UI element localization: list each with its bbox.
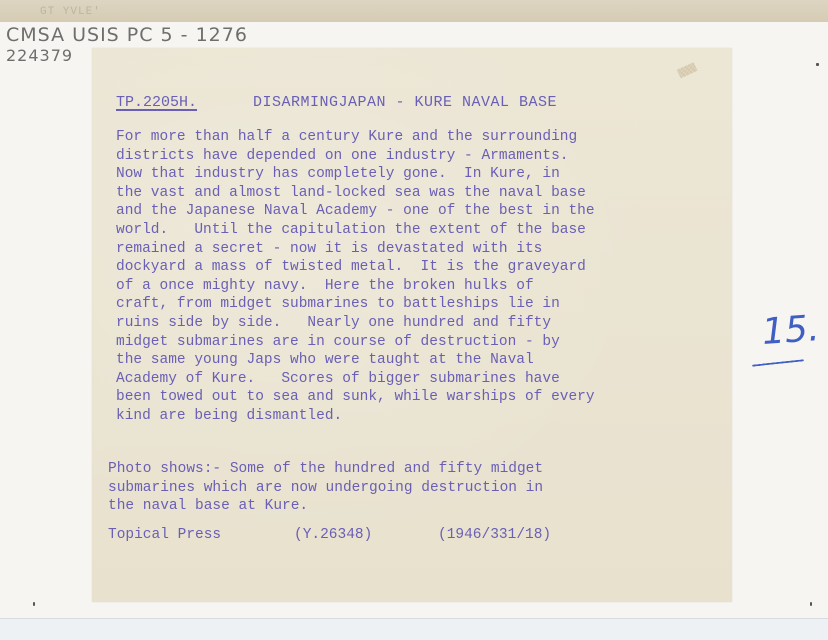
body-line: For more than half a century Kure and th… <box>116 128 595 147</box>
caption-body: For more than half a century Kure and th… <box>116 128 595 426</box>
body-line: world. Until the capitulation the extent… <box>116 221 595 240</box>
body-line: ruins side by side. Nearly one hundred a… <box>116 314 595 333</box>
credit-line: Topical Press (Y.26348) (1946/331/18) <box>108 526 551 545</box>
body-line: and the Japanese Naval Academy - one of … <box>116 202 595 221</box>
handwritten-page-number: 15. <box>761 308 821 353</box>
caption-header: TP.2205H. DISARMINGJAPAN - KURE NAVAL BA… <box>116 94 557 113</box>
caption-sheet: ▒▒▒ TP.2205H. DISARMINGJAPAN - KURE NAVA… <box>92 48 732 602</box>
body-line: been towed out to sea and sunk, while wa… <box>116 388 595 407</box>
negative-reference: (Y.26348) <box>294 526 438 545</box>
ghost-text: GT YVLE' <box>40 6 101 18</box>
body-line: Now that industry has completely gone. I… <box>116 165 595 184</box>
body-line: dockyard a mass of twisted metal. It is … <box>116 258 595 277</box>
photo-shows-line: Photo shows:- Some of the hundred and fi… <box>108 460 543 479</box>
headline: DISARMINGJAPAN - KURE NAVAL BASE <box>253 94 557 113</box>
reference-code: TP.2205H. <box>116 94 197 113</box>
dust-speck <box>33 602 35 606</box>
body-line: craft, from midget submarines to battles… <box>116 295 595 314</box>
photo-shows-line: submarines which are now undergoing dest… <box>108 479 543 498</box>
photo-shows-line: the naval base at Kure. <box>108 497 543 516</box>
handwritten-accession-number: 224379 <box>6 46 73 65</box>
body-line: remained a secret - now it is devastated… <box>116 240 595 259</box>
body-line: of a once mighty navy. Here the broken h… <box>116 277 595 296</box>
body-line: midget submarines are in course of destr… <box>116 333 595 352</box>
file-reference: (1946/331/18) <box>438 526 551 545</box>
top-paper-strip: GT YVLE' <box>0 0 828 23</box>
agency-credit: Topical Press <box>108 526 294 545</box>
photo-shows-block: Photo shows:- Some of the hundred and fi… <box>108 460 543 516</box>
dust-speck <box>816 63 819 66</box>
body-line: kind are being dismantled. <box>116 407 595 426</box>
body-line: the same young Japs who were taught at t… <box>116 351 595 370</box>
faint-paper-mark: ▒▒▒ <box>677 63 698 79</box>
body-line: Academy of Kure. Scores of bigger submar… <box>116 370 595 389</box>
body-line: districts have depended on one industry … <box>116 147 595 166</box>
dust-speck <box>810 602 812 606</box>
body-line: the vast and almost land-locked sea was … <box>116 184 595 203</box>
scan-bottom-edge <box>0 618 828 640</box>
handwritten-archive-code: CMSA USIS PC 5 - 1276 <box>6 24 248 46</box>
